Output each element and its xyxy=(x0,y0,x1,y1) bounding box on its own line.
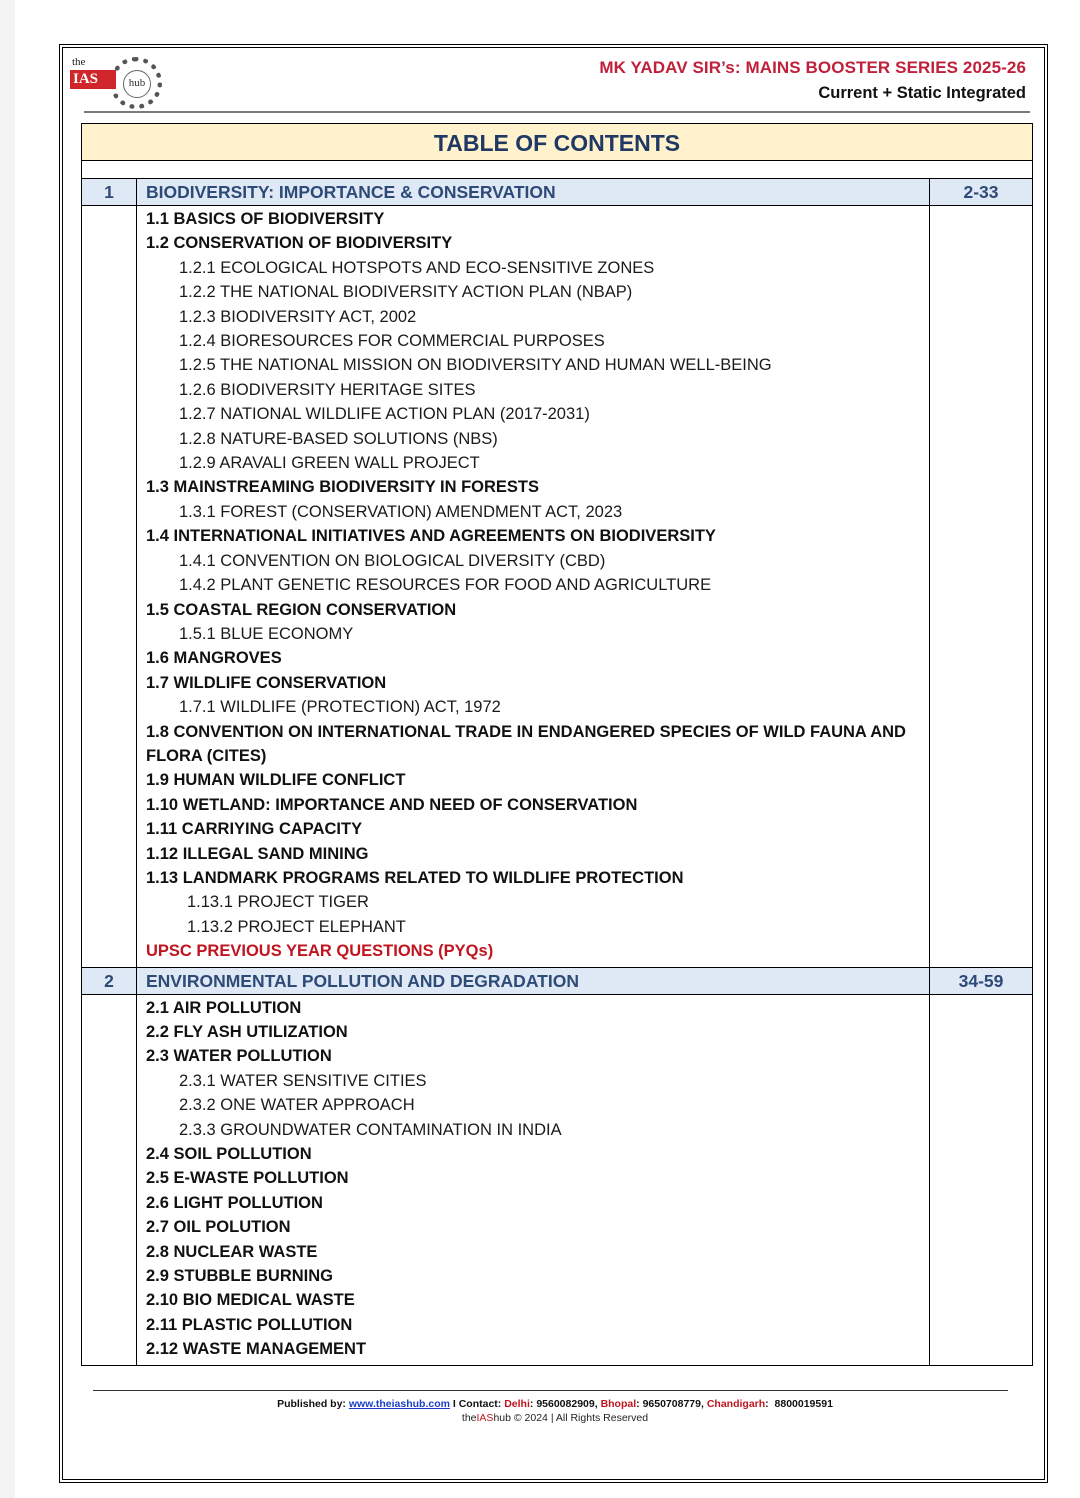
empty-number-cell xyxy=(82,206,137,967)
toc-item[interactable]: 2.10 BIO MEDICAL WASTE xyxy=(146,1288,929,1312)
toc-item[interactable]: 1.11 CARRIYING CAPACITY xyxy=(146,817,929,841)
copyright-rest: hub © 2024 | All Rights Reserved xyxy=(493,1412,648,1424)
toc-subitem[interactable]: 1.2.4 BIORESOURCES FOR COMMERCIAL PURPOS… xyxy=(146,329,929,353)
footer-copyright: theIAShub © 2024 | All Rights Reserved xyxy=(0,1412,1080,1424)
toc-section-row[interactable]: 2ENVIRONMENTAL POLLUTION AND DEGRADATION… xyxy=(82,968,1032,995)
toc-item[interactable]: 1.9 HUMAN WILDLIFE CONFLICT xyxy=(146,768,929,792)
toc-subitem[interactable]: 1.4.1 CONVENTION ON BIOLOGICAL DIVERSITY… xyxy=(146,549,929,573)
toc-subitem[interactable]: 1.2.1 ECOLOGICAL HOTSPOTS AND ECO-SENSIT… xyxy=(146,256,929,280)
toc-subitem[interactable]: 1.13.1 PROJECT TIGER xyxy=(146,890,929,914)
toc-subitem[interactable]: 1.3.1 FOREST (CONSERVATION) AMENDMENT AC… xyxy=(146,500,929,524)
section-number: 2 xyxy=(82,968,137,994)
toc-title: TABLE OF CONTENTS xyxy=(82,124,1032,161)
toc-section-body: 1.1 BASICS OF BIODIVERSITY1.2 CONSERVATI… xyxy=(82,206,1032,968)
contact-city-chandigarh: Chandigarh xyxy=(707,1398,765,1410)
toc-item[interactable]: 1.3 MAINSTREAMING BIODIVERSITY IN FOREST… xyxy=(146,475,929,499)
toc-item-list: 2.1 AIR POLLUTION2.2 FLY ASH UTILIZATION… xyxy=(137,995,930,1365)
theiashub-logo: the IAS hub xyxy=(70,52,170,112)
series-title: MK YADAV SIR’s: MAINS BOOSTER SERIES 202… xyxy=(599,58,1026,78)
toc-item[interactable]: 2.8 NUCLEAR WASTE xyxy=(146,1240,929,1264)
toc-item[interactable]: 1.2 CONSERVATION OF BIODIVERSITY xyxy=(146,231,929,255)
footer-publisher-line: Published by: www.theiashub.com I Contac… xyxy=(0,1398,1080,1410)
contact-label: I Contact: xyxy=(450,1398,504,1410)
toc-item[interactable]: 2.12 WASTE MANAGEMENT xyxy=(146,1337,929,1361)
section-page-range: 2-33 xyxy=(930,179,1032,205)
toc-item[interactable]: 2.11 PLASTIC POLLUTION xyxy=(146,1313,929,1337)
empty-pages-cell xyxy=(930,206,1032,967)
contact-city-bhopal: Bhopal xyxy=(601,1398,637,1410)
toc-item[interactable]: 1.8 CONVENTION ON INTERNATIONAL TRADE IN… xyxy=(146,720,929,769)
toc-item[interactable]: 1.7 WILDLIFE CONSERVATION xyxy=(146,671,929,695)
viewer-margin xyxy=(0,0,15,1498)
toc-item[interactable]: 1.6 MANGROVES xyxy=(146,646,929,670)
footer-divider xyxy=(93,1390,1008,1391)
empty-number-cell xyxy=(82,995,137,1365)
toc-item[interactable]: 1.12 ILLEGAL SAND MINING xyxy=(146,842,929,866)
section-title[interactable]: BIODIVERSITY: IMPORTANCE & CONSERVATION xyxy=(137,179,930,205)
toc-subitem[interactable]: 1.7.1 WILDLIFE (PROTECTION) ACT, 1972 xyxy=(146,695,929,719)
toc-item[interactable]: 2.9 STUBBLE BURNING xyxy=(146,1264,929,1288)
toc-subitem[interactable]: 2.3.3 GROUNDWATER CONTAMINATION IN INDIA xyxy=(146,1118,929,1142)
toc-subitem[interactable]: 1.2.6 BIODIVERSITY HERITAGE SITES xyxy=(146,378,929,402)
toc-subitem[interactable]: 1.2.8 NATURE-BASED SOLUTIONS (NBS) xyxy=(146,427,929,451)
empty-pages-cell xyxy=(930,995,1032,1365)
published-label: Published by: xyxy=(277,1398,349,1410)
toc-item[interactable]: 1.4 INTERNATIONAL INITIATIVES AND AGREEM… xyxy=(146,524,929,548)
toc-item[interactable]: 1.1 BASICS OF BIODIVERSITY xyxy=(146,207,929,231)
toc-item[interactable]: 2.3 WATER POLLUTION xyxy=(146,1044,929,1068)
contact-phone-bhopal: 9650708779 xyxy=(643,1398,701,1410)
contact-city-delhi: Delhi xyxy=(504,1398,530,1410)
toc-subitem[interactable]: 2.3.2 ONE WATER APPROACH xyxy=(146,1093,929,1117)
toc-subitem[interactable]: 1.2.9 ARAVALI GREEN WALL PROJECT xyxy=(146,451,929,475)
website-link[interactable]: www.theiashub.com xyxy=(349,1398,450,1410)
toc-spacer-row xyxy=(82,161,1032,179)
toc-item[interactable]: 2.5 E-WASTE POLLUTION xyxy=(146,1166,929,1190)
section-page-range: 34-59 xyxy=(930,968,1032,994)
logo-ias-text: IAS xyxy=(70,70,116,89)
toc-item[interactable]: 2.4 SOIL POLLUTION xyxy=(146,1142,929,1166)
toc-subitem[interactable]: 1.4.2 PLANT GENETIC RESOURCES FOR FOOD A… xyxy=(146,573,929,597)
toc-subitem[interactable]: 1.2.7 NATIONAL WILDLIFE ACTION PLAN (201… xyxy=(146,402,929,426)
toc-item-pyq[interactable]: UPSC PREVIOUS YEAR QUESTIONS (PYQs) xyxy=(146,939,929,963)
toc-subitem[interactable]: 1.2.5 THE NATIONAL MISSION ON BIODIVERSI… xyxy=(146,353,929,377)
logo-the-text: the xyxy=(72,56,85,68)
logo-hub-text: hub xyxy=(123,70,151,98)
section-number: 1 xyxy=(82,179,137,205)
toc-item[interactable]: 2.1 AIR POLLUTION xyxy=(146,996,929,1020)
toc-section-body: 2.1 AIR POLLUTION2.2 FLY ASH UTILIZATION… xyxy=(82,995,1032,1365)
table-of-contents: TABLE OF CONTENTS 1BIODIVERSITY: IMPORTA… xyxy=(81,123,1033,1366)
header-divider xyxy=(84,111,1030,113)
toc-item-list: 1.1 BASICS OF BIODIVERSITY1.2 CONSERVATI… xyxy=(137,206,930,967)
toc-item[interactable]: 1.5 COASTAL REGION CONSERVATION xyxy=(146,598,929,622)
toc-section-row[interactable]: 1BIODIVERSITY: IMPORTANCE & CONSERVATION… xyxy=(82,179,1032,206)
toc-subitem[interactable]: 1.2.3 BIODIVERSITY ACT, 2002 xyxy=(146,305,929,329)
toc-subitem[interactable]: 1.2.2 THE NATIONAL BIODIVERSITY ACTION P… xyxy=(146,280,929,304)
toc-item[interactable]: 1.13 LANDMARK PROGRAMS RELATED TO WILDLI… xyxy=(146,866,929,890)
toc-item[interactable]: 2.2 FLY ASH UTILIZATION xyxy=(146,1020,929,1044)
toc-item[interactable]: 2.7 OIL POLUTION xyxy=(146,1215,929,1239)
toc-subitem[interactable]: 1.5.1 BLUE ECONOMY xyxy=(146,622,929,646)
contact-phone-delhi: 9560082909 xyxy=(536,1398,594,1410)
series-subtitle: Current + Static Integrated xyxy=(818,84,1026,103)
contact-phone-chandigarh: 8800019591 xyxy=(775,1398,833,1410)
toc-item[interactable]: 2.6 LIGHT POLLUTION xyxy=(146,1191,929,1215)
copyright-ias: IAS xyxy=(477,1412,494,1424)
copyright-the: the xyxy=(462,1412,477,1424)
toc-item[interactable]: 1.10 WETLAND: IMPORTANCE AND NEED OF CON… xyxy=(146,793,929,817)
toc-subitem[interactable]: 2.3.1 WATER SENSITIVE CITIES xyxy=(146,1069,929,1093)
section-title[interactable]: ENVIRONMENTAL POLLUTION AND DEGRADATION xyxy=(137,968,930,994)
toc-subitem[interactable]: 1.13.2 PROJECT ELEPHANT xyxy=(146,915,929,939)
toc-sections: 1BIODIVERSITY: IMPORTANCE & CONSERVATION… xyxy=(82,179,1032,1365)
